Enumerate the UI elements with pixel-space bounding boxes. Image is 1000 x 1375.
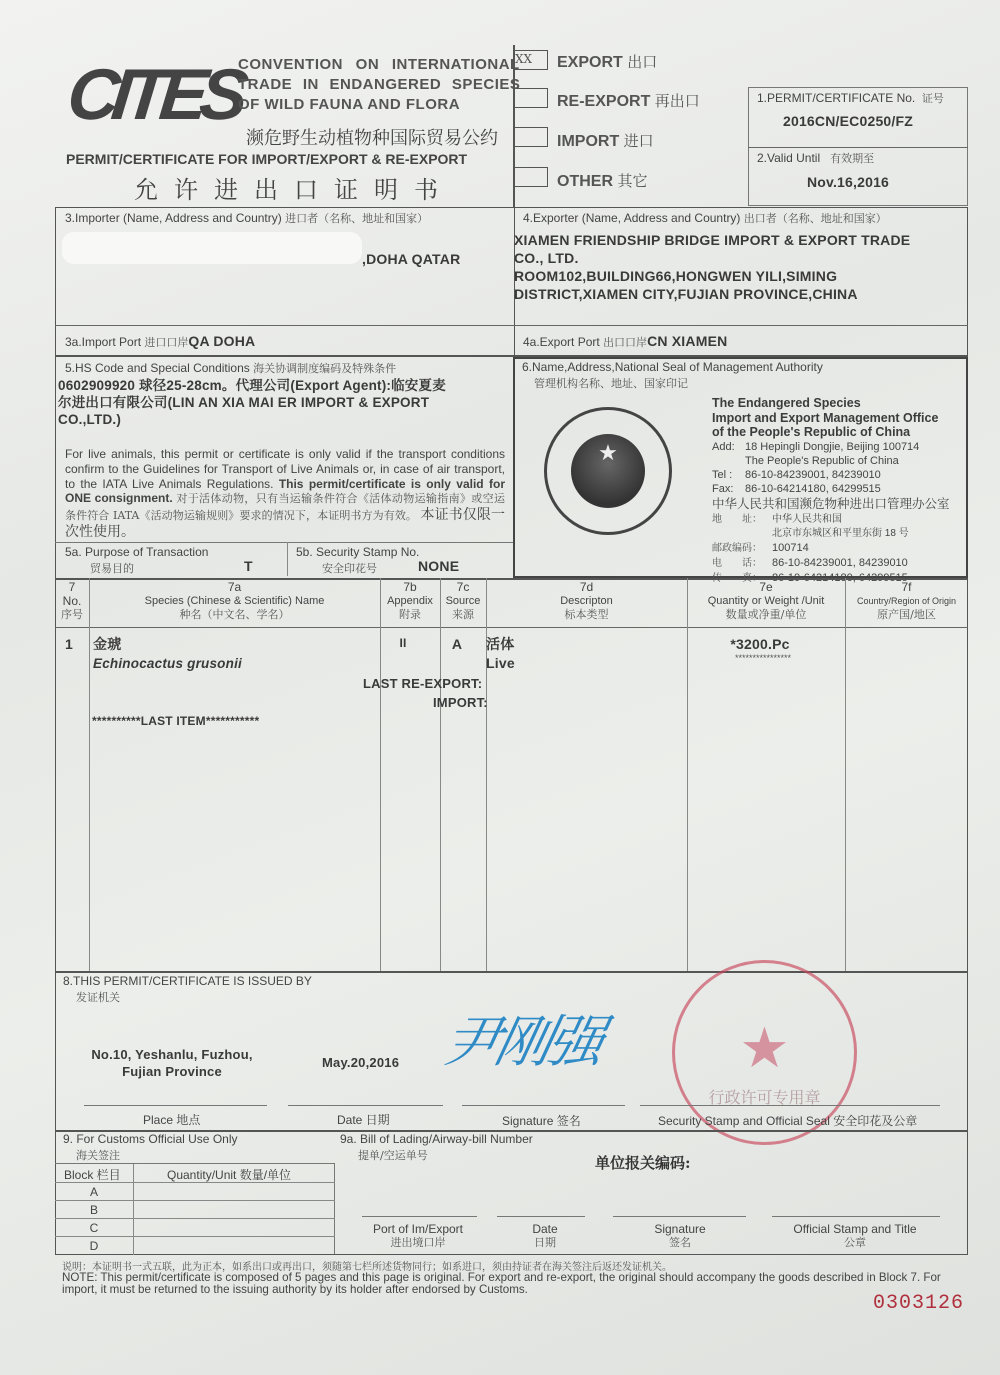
valid-until-label: 2.Valid Until 有效期至 [757, 150, 874, 166]
fax-value: 86-10-64214180, 64299515 [745, 483, 881, 495]
col-code: 7 [55, 580, 89, 594]
logo-text: CITES [63, 50, 222, 140]
place-line-rule [84, 1105, 267, 1106]
export-label: EXPORT 出口 [557, 51, 657, 72]
export-checkbox[interactable]: XX [514, 50, 548, 70]
stamp-line-rule [772, 1216, 940, 1217]
signature-line-rule [613, 1216, 746, 1217]
valid-until-value: Nov.16,2016 [748, 174, 948, 190]
col-label: Source [440, 594, 486, 608]
label-en: Date [505, 1222, 585, 1236]
import-port-label: 3a.Import Port 进口口岸QA DOHA [65, 333, 255, 350]
port-line-rule [362, 1216, 477, 1217]
divider [287, 542, 288, 576]
col-label-cn: 来源 [440, 608, 486, 622]
authority-address-cn: 地 址：中华人民共和国 [712, 512, 950, 527]
bill-of-lading-label: 9a. Bill of Lading/Airway-bill Number [340, 1132, 533, 1146]
row-divider [55, 1236, 335, 1237]
star-icon: ★ [675, 1015, 854, 1081]
col-label-cn: 标本类型 [486, 608, 687, 622]
label-cn: 进出境口岸 [352, 1236, 484, 1250]
address-line: The People's Republic of China [712, 454, 950, 468]
label-cn: 证号 [922, 92, 944, 105]
security-stamp-label-cn: 安全印花号 [322, 560, 377, 576]
col-header-source: 7cSource来源 [440, 580, 486, 622]
importer-label: 3.Importer (Name, Address and Country) 进… [65, 210, 428, 226]
tel-value: 86-10-84239001, 84239010 [745, 469, 881, 481]
label-cn: 出口者（名称、地址和国家） [744, 212, 887, 225]
port-of-export-label: Port of Im/Export进出境口岸 [352, 1222, 484, 1250]
appendix-value: II [380, 636, 426, 650]
description-value: Live [486, 655, 515, 671]
address-line: 18 Hepingli Dongjie, Beijing 100714 [745, 441, 919, 453]
quantity-value: *3200.Pc [687, 636, 833, 652]
label-en: IMPORT [557, 133, 619, 150]
permit-title: PERMIT/CERTIFICATE FOR IMPORT/EXPORT & R… [66, 151, 467, 167]
col-divider [133, 1164, 134, 1255]
reexport-label: RE-EXPORT 再出口 [557, 90, 700, 111]
tel-cn-value: 86-10-84239001, 84239010 [772, 557, 908, 569]
cites-permit-document: CITES CONVENTION ON INTERNATIONAL TRADE … [0, 0, 1000, 1375]
authority-name-cn: 中华人民共和国濒危物种进出口管理办公室 [712, 496, 950, 512]
fax-label: Fax: [712, 482, 745, 496]
label-en: 4.Exporter (Name, Address and Country) [523, 211, 740, 225]
convention-line: CONVENTION ON INTERNATIONAL [238, 55, 520, 75]
divider [55, 325, 968, 326]
permit-title-cn: 允许进出口证明书 [134, 170, 454, 205]
label-en: Signature [630, 1222, 730, 1236]
label-cn: 海关协调制度编码及特殊条件 [253, 362, 396, 375]
col-code: 7a [89, 580, 380, 594]
row-divider [55, 1218, 335, 1219]
serial-number: 0303126 [873, 1292, 964, 1315]
permit-number-label: 1.PERMIT/CERTIFICATE No. 证号 [757, 90, 944, 106]
other-checkbox[interactable] [514, 167, 548, 187]
col-label: No. [55, 594, 89, 608]
checkbox-mark: XX [515, 52, 532, 66]
hs-code-label: 5.HS Code and Special Conditions 海关协调制度编… [65, 360, 396, 376]
hs-code-line: CO.,LTD.) [58, 411, 446, 428]
seal-line-rule [640, 1105, 940, 1106]
col-code: 7f [845, 580, 968, 594]
col-code: 7d [486, 580, 687, 594]
purpose-label-cn: 贸易目的 [90, 560, 134, 576]
customs-stamp-label: Official Stamp and Title公章 [780, 1222, 930, 1250]
label-en: 3a.Import Port [65, 335, 141, 349]
purpose-value: T [244, 558, 253, 574]
bill-of-lading-label-cn: 提单/空运单号 [358, 1147, 428, 1163]
star-icon: ★ [571, 440, 645, 466]
divider [55, 971, 968, 973]
col-label: Country/Region of Origin [845, 594, 968, 608]
unit-code-label: 单位报关编码: [595, 1152, 691, 1173]
block-a: A [55, 1185, 133, 1199]
authority-postcode: 邮政编码：100714 [712, 541, 950, 556]
row-divider [55, 1200, 335, 1201]
export-port-value: CN XIAMEN [647, 333, 727, 349]
label-en: 4a.Export Port [523, 335, 600, 349]
permit-number-value: 2016CN/EC0250/FZ [748, 113, 948, 129]
divider [55, 542, 514, 543]
postcode-value: 100714 [772, 542, 809, 554]
label-en: Port of Im/Export [352, 1222, 484, 1236]
other-label: OTHER 其它 [557, 170, 647, 191]
customs-date-label: Date日期 [505, 1222, 585, 1250]
date-line-rule [497, 1216, 585, 1217]
tel-label: Tel : [712, 468, 745, 482]
authority-label: 6.Name,Address,National Seal of Manageme… [522, 360, 823, 374]
label-cn: 日期 [505, 1236, 585, 1250]
signature-line-rule [462, 1105, 625, 1106]
species-cn: 金琥 [93, 634, 121, 654]
exporter-line: ROOM102,BUILDING66,HONGWEN YILI,SIMING [514, 267, 910, 285]
national-seal: ★ [544, 407, 672, 535]
security-stamp-label: 5b. Security Stamp No. [296, 545, 419, 559]
seal-label: Security Stamp and Official Seal 安全印花及公章 [658, 1112, 917, 1129]
convention-line: OF WILD FAUNA AND FLORA [238, 95, 520, 115]
divider [748, 147, 968, 148]
exporter-line: CO., LTD. [514, 249, 910, 267]
label-en: 5.HS Code and Special Conditions [65, 361, 250, 375]
col-label: Species (Chinese & Scientific) Name [89, 594, 380, 608]
col-label: Quantity or Weight /Unit [687, 594, 845, 608]
issued-by-label: 8.THIS PERMIT/CERTIFICATE IS ISSUED BY [63, 974, 312, 988]
label-cn: 进口者（名称、地址和国家） [285, 212, 428, 225]
label-cn: 进口 [624, 132, 654, 150]
customs-block-table: Block 栏目 Quantity/Unit 数量/单位 A B C D [55, 1163, 335, 1254]
row-no: 1 [65, 636, 73, 652]
date-label: Date 日期 [337, 1111, 390, 1128]
col-divider [89, 578, 90, 971]
authority-name-line: The Endangered Species [712, 396, 950, 411]
purpose-label: 5a. Purpose of Transaction [65, 545, 208, 559]
col-label-cn: 种名（中文名、学名） [89, 608, 380, 622]
col-label-cn: 原产国/地区 [845, 608, 968, 622]
col-label: Descripton [486, 594, 687, 608]
col-header-no: 7No.序号 [55, 580, 89, 622]
customs-signature-label: Signature签名 [630, 1222, 730, 1250]
tel-cn-label: 电 话： [712, 557, 772, 571]
authority-name-line: Import and Export Management Office [712, 411, 950, 426]
col-code: 7e [687, 580, 845, 594]
authority-fax: Fax:86-10-64214180, 64299515 [712, 482, 950, 496]
label-en: EXPORT [557, 54, 623, 71]
authority-name-line: of the People's Republic of China [712, 425, 950, 440]
col-label-cn: 附录 [380, 608, 440, 622]
hs-code-line: 尔进出口有限公司(LIN AN XIA MAI ER IMPORT & EXPO… [58, 394, 446, 411]
signature-label: Signature 签名 [502, 1112, 581, 1129]
hs-code-value: 0602909920 球径25-28cm。代理公司(Export Agent):… [58, 377, 446, 428]
convention-title: CONVENTION ON INTERNATIONAL TRADE IN END… [238, 55, 520, 115]
issued-place: No.10, Yeshanlu, Fuzhou, Fujian Province [72, 1046, 272, 1080]
redacted-area [62, 232, 362, 264]
quantity-header: Quantity/Unit 数量/单位 [167, 1166, 291, 1183]
authority-tel: Tel :86-10-84239001, 84239010 [712, 468, 950, 482]
label-cn: 公章 [780, 1236, 930, 1250]
col-code: 7b [380, 580, 440, 594]
national-emblem-icon: ★ [571, 434, 645, 508]
security-stamp-value: NONE [418, 558, 459, 574]
label-cn: 再出口 [655, 92, 700, 110]
label-cn: 出口口岸 [603, 336, 647, 349]
source-value: A [440, 636, 474, 652]
exporter-line: DISTRICT,XIAMEN CITY,FUJIAN PROVINCE,CHI… [514, 285, 910, 303]
col-code: 7c [440, 580, 486, 594]
block-d: D [55, 1239, 133, 1253]
divider [55, 627, 968, 628]
col-divider [845, 578, 846, 971]
import-label: IMPORT 进口 [557, 130, 654, 151]
last-reexport-label: LAST RE-EXPORT: [363, 676, 482, 691]
place-line: No.10, Yeshanlu, Fuzhou, [72, 1046, 272, 1063]
signature-handwritten: 尹刚强 [436, 998, 609, 1078]
col-header-description: 7dDescripton标本类型 [486, 580, 687, 622]
col-header-appendix: 7bAppendix附录 [380, 580, 440, 622]
col-header-origin: 7fCountry/Region of Origin原产国/地区 [845, 580, 968, 622]
authority-details: The Endangered Species Import and Export… [712, 396, 950, 586]
issued-date: May.20,2016 [322, 1055, 399, 1070]
convention-line: TRADE IN ENDANGERED SPECIES [238, 75, 520, 95]
import-label-row: IMPORT: [433, 695, 488, 710]
label-en: RE-EXPORT [557, 93, 650, 110]
label-en: Official Stamp and Title [780, 1222, 930, 1236]
date-line-rule [288, 1105, 443, 1106]
col-label-cn: 序号 [55, 608, 89, 622]
cites-logo: CITES [68, 50, 218, 140]
convention-title-cn: 濒危野生动植物种国际贸易公约 [246, 124, 498, 150]
label-cn: 进口口岸 [144, 336, 188, 349]
last-item-marker: **********LAST ITEM*********** [92, 714, 259, 728]
place-line: Fujian Province [72, 1063, 272, 1080]
block-b: B [55, 1203, 133, 1217]
authority-tel-cn: 电 话：86-10-84239001, 84239010 [712, 556, 950, 571]
issued-by-label-cn: 发证机关 [76, 989, 120, 1005]
label-en: 3.Importer (Name, Address and Country) [65, 211, 282, 225]
label-cn: 签名 [630, 1236, 730, 1250]
exporter-line: XIAMEN FRIENDSHIP BRIDGE IMPORT & EXPORT… [514, 231, 910, 249]
import-port-value: QA DOHA [188, 333, 255, 349]
block-c: C [55, 1221, 133, 1235]
postcode-label: 邮政编码： [712, 542, 772, 556]
label-en: 1.PERMIT/CERTIFICATE No. [757, 91, 915, 105]
quantity-fill: **************** [687, 653, 839, 663]
address-cn-label: 地 址： [712, 513, 772, 527]
hs-code-line: 0602909920 球径25-28cm。代理公司(Export Agent):… [58, 377, 446, 394]
block-header: Block 栏目 [64, 1166, 121, 1183]
label-cn: 出口 [627, 53, 657, 71]
exporter-value: XIAMEN FRIENDSHIP BRIDGE IMPORT & EXPORT… [514, 231, 910, 303]
authority-address: Add:18 Hepingli Dongjie, Beijing 100714 [712, 440, 950, 454]
col-header-species: 7aSpecies (Chinese & Scientific) Name种名（… [89, 580, 380, 622]
label-en: OTHER [557, 173, 613, 190]
importer-value: ,DOHA QATAR [362, 251, 460, 267]
authority-label-cn: 管理机构名称、地址、国家印记 [534, 375, 688, 391]
customs-label-cn: 海关签注 [76, 1147, 120, 1163]
address-cn-line: 北京市东城区和平里东街 18 号 [712, 527, 950, 541]
footer-note-en: NOTE: This permit/certificate is compose… [62, 1272, 967, 1296]
import-checkbox[interactable] [514, 127, 548, 147]
place-label: Place 地点 [143, 1111, 200, 1128]
reexport-checkbox[interactable] [514, 88, 548, 108]
exporter-label: 4.Exporter (Name, Address and Country) 出… [523, 210, 887, 226]
address-label: Add: [712, 440, 745, 454]
address-cn-line: 中华人民共和国 [772, 514, 842, 525]
label-cn: 其它 [617, 172, 647, 190]
label-cn: 有效期至 [830, 152, 874, 165]
col-header-quantity: 7eQuantity or Weight /Unit数量或净重/单位 [687, 580, 845, 622]
description-cn: 活体 [486, 634, 514, 654]
special-conditions: For live animals, this permit or certifi… [65, 447, 505, 540]
species-scientific: Echinocactus grusonii [93, 656, 242, 671]
customs-label: 9. For Customs Official Use Only [63, 1132, 238, 1146]
label-en: 2.Valid Until [757, 151, 820, 165]
col-label-cn: 数量或净重/单位 [687, 608, 845, 622]
col-label: Appendix [380, 594, 440, 608]
export-port-label: 4a.Export Port 出口口岸CN XIAMEN [523, 333, 727, 350]
